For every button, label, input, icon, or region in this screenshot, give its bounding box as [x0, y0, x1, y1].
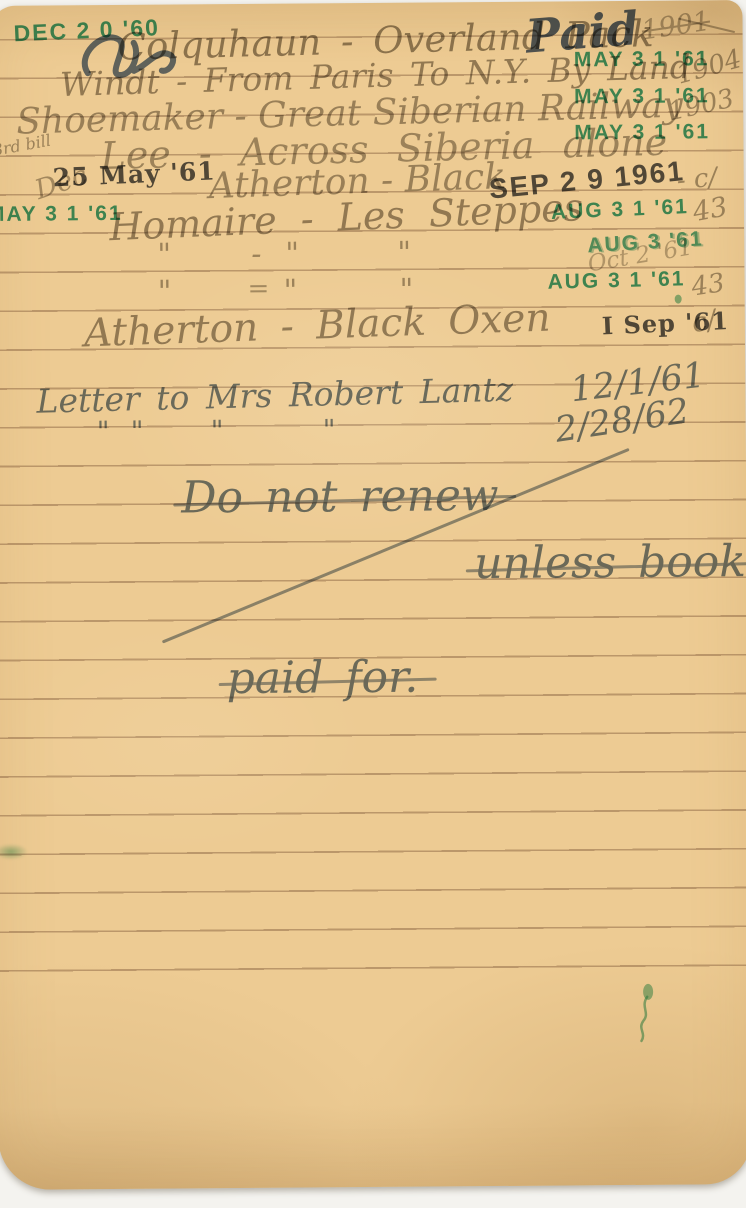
stamp-aug-3-61-first: AUG 3 1 '61: [551, 195, 690, 225]
ditto-mark: ": [157, 238, 171, 273]
stamp-may-31-61-third: MAY 3 1 '61: [574, 120, 710, 145]
letter-line1-text: Letter to Mrs Robert Lantz: [36, 370, 514, 421]
stamp-25-may-61: 25 May '61: [52, 156, 216, 192]
library-card: DEC 2 0 '60 Colquhaun - Overland Pack Pa…: [0, 0, 746, 1190]
entry-row6-text: Homaire - Les Steppes: [108, 185, 584, 249]
ditto-mark: ": [157, 275, 171, 310]
scanned-library-card-page: { "colors": { "paper": "#edcb93", "scan_…: [0, 0, 746, 1208]
ditto-mark: ": [285, 237, 299, 272]
ditto-mark: ": [397, 236, 411, 271]
stamp-aug-3-61-third: AUG 3 1 '61: [547, 267, 685, 294]
note-line2: unless book is: [474, 536, 746, 590]
stamp-may-31-61-left: MAY 3 1 '61: [0, 202, 123, 227]
ditto-mark: ": [211, 414, 224, 447]
note-line1: Do not renew: [181, 470, 499, 523]
entry-row6-note: 43: [690, 191, 729, 228]
ditto-dash: =: [247, 274, 269, 304]
entry-row8-note: 43: [690, 268, 727, 303]
ditto-mark: ": [131, 415, 144, 448]
green-ink-smudge: [0, 844, 28, 860]
note-line3: paid for.: [226, 652, 418, 705]
ditto-mark: ": [323, 413, 336, 446]
entry-row4-margin-note: 3rd bill: [0, 131, 52, 160]
ditto-dash: -: [251, 237, 261, 272]
entry-row5-note: - c/: [675, 163, 718, 197]
green-ink-squiggle: [633, 983, 659, 1045]
green-ink-fleck: [675, 295, 682, 304]
ditto-mark: ": [97, 415, 110, 448]
entry-row9-text: Atherton - Black Oxen: [83, 295, 551, 356]
